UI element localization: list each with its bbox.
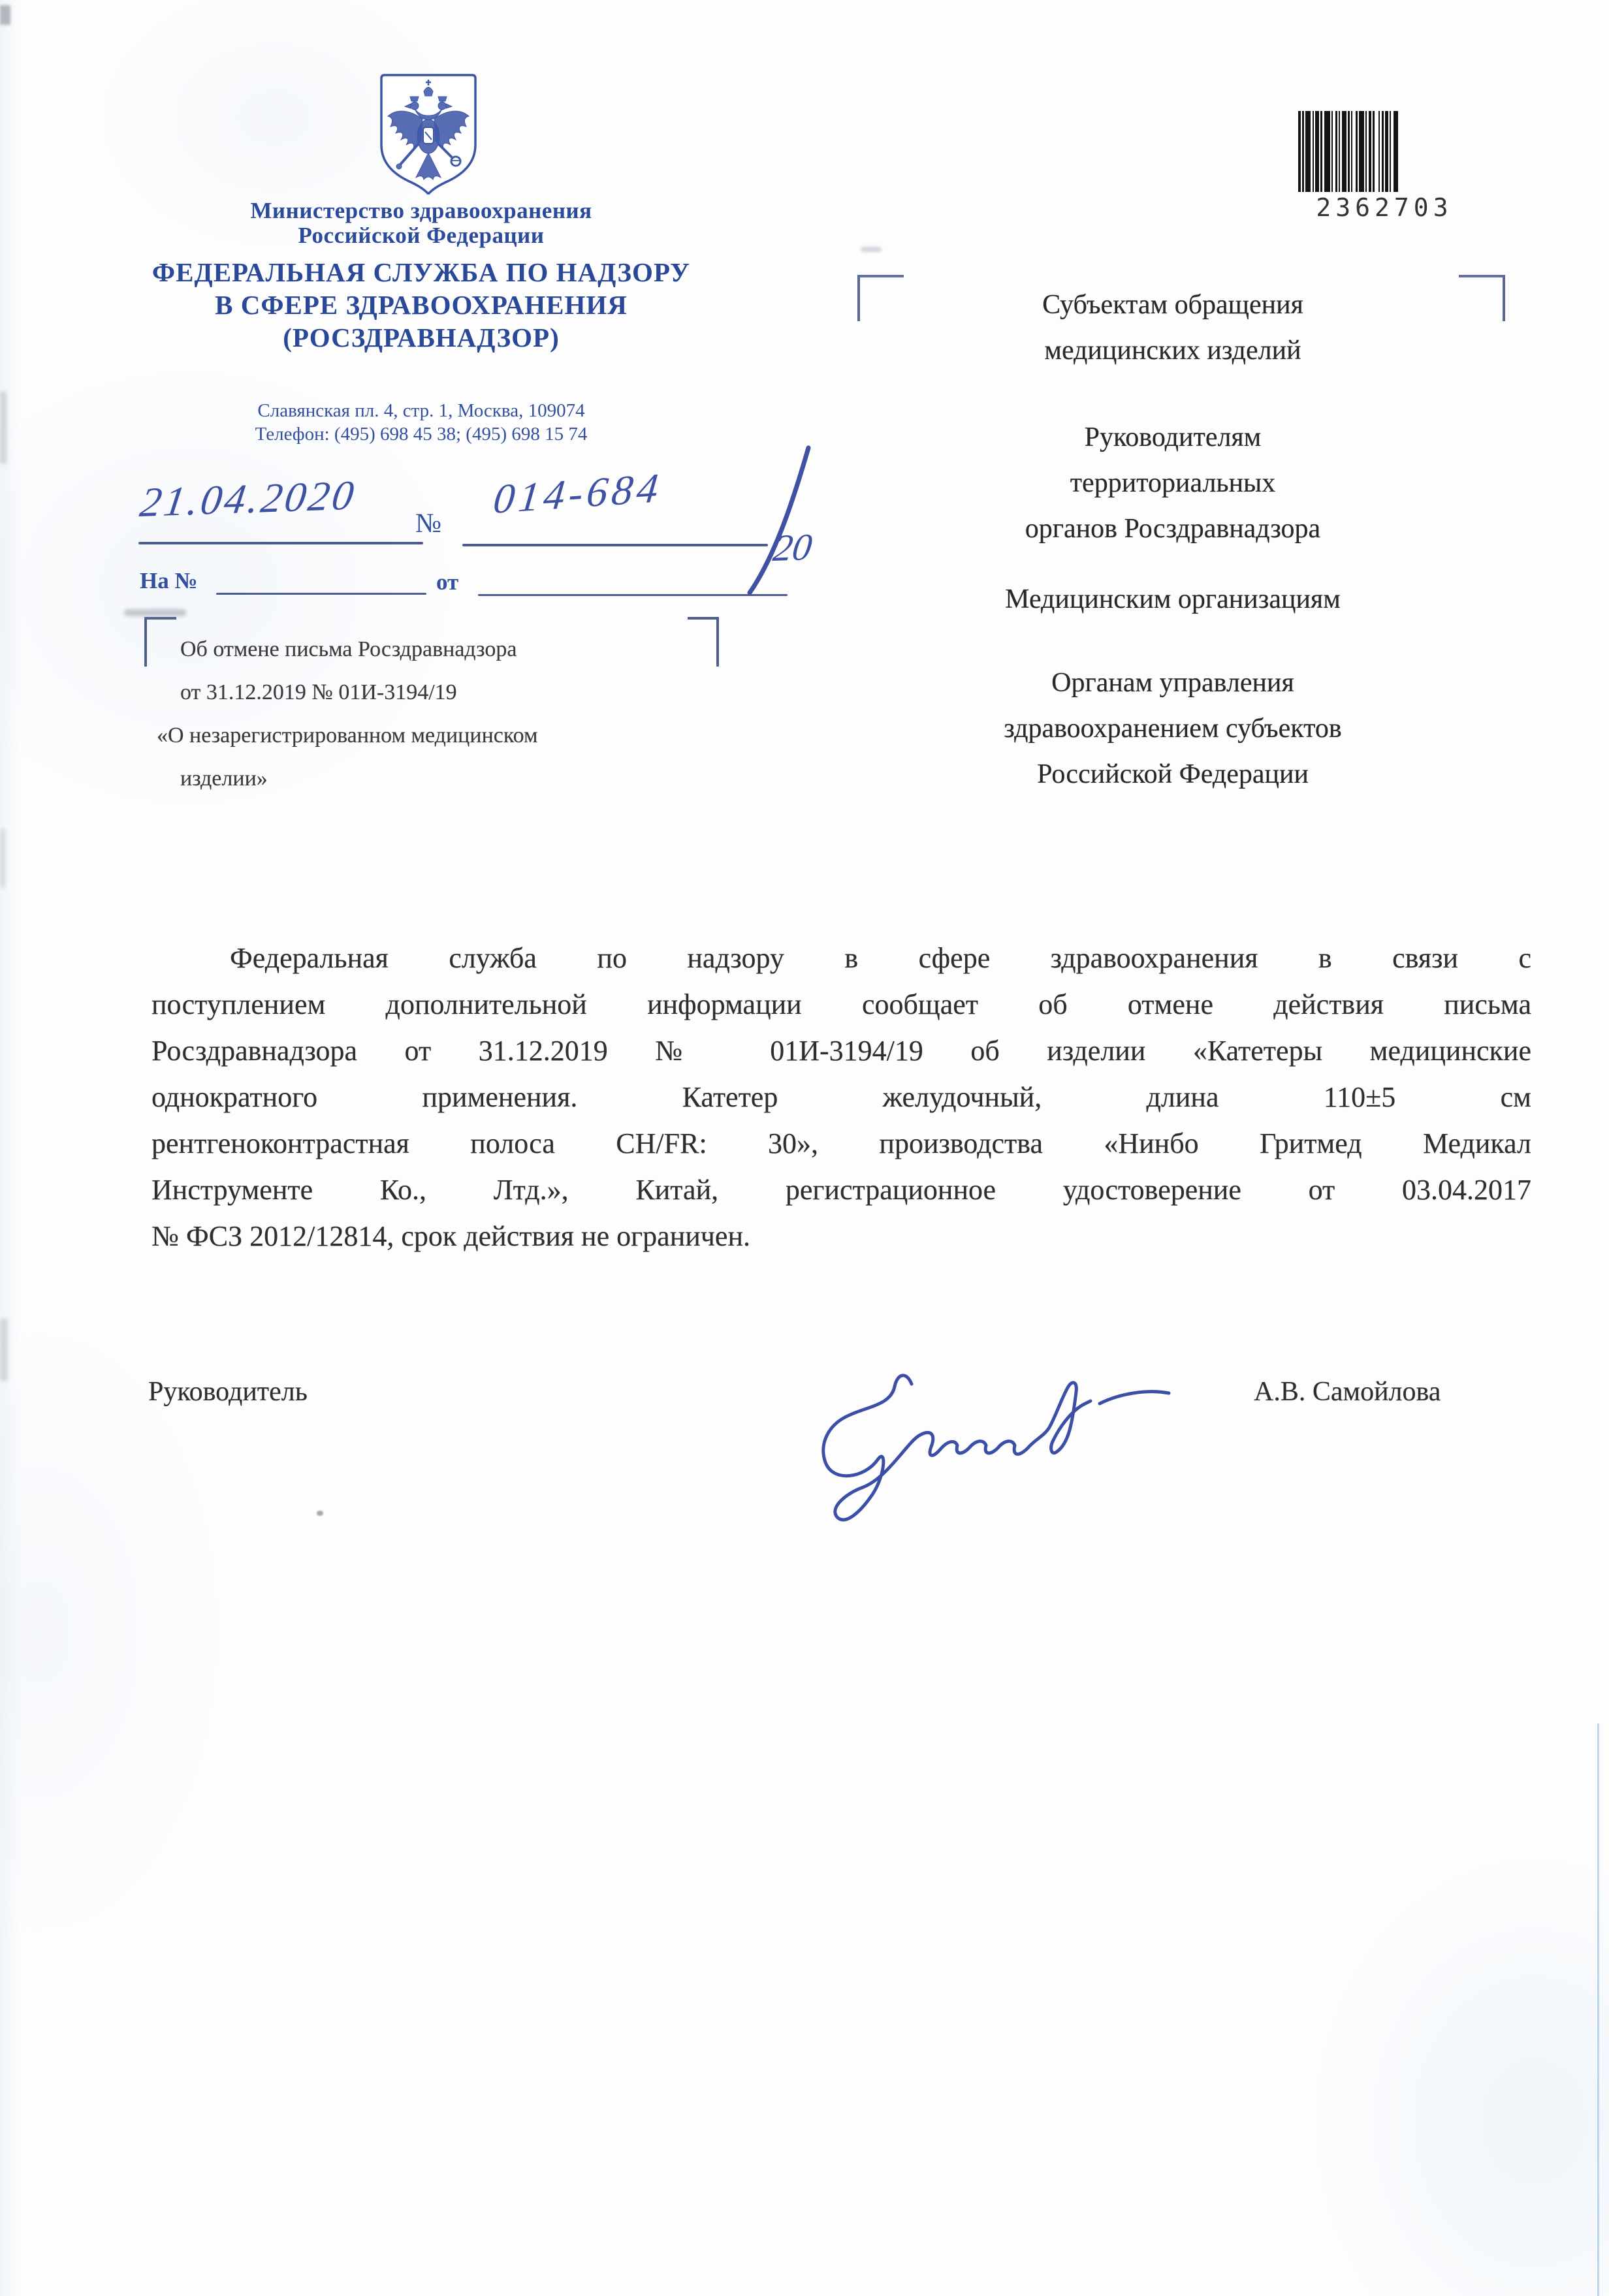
- reply-number-underline: [216, 593, 426, 595]
- addressee-line: Российской Федерации: [814, 751, 1532, 797]
- subject-line: «О незарегистрированном медицинском: [157, 714, 718, 757]
- number-sign: №: [415, 508, 441, 539]
- ministry-line2: Российской Федерации: [95, 223, 748, 248]
- addressee-line: Медицинским организациям: [814, 576, 1532, 622]
- subject-line: изделии»: [157, 757, 718, 800]
- addressee-group-medical-organizations: Медицинским организациям: [814, 576, 1532, 622]
- reply-to-number-label: На №: [140, 568, 198, 594]
- service-line2: В СФЕРЕ ЗДРАВООХРАНЕНИЯ: [95, 289, 748, 321]
- scan-artifact: [0, 1319, 8, 1381]
- addressee-group-market-subjects: Субъектам обращения медицинских изделий: [814, 282, 1532, 373]
- addressee-line: Руководителям: [814, 415, 1532, 460]
- letterhead-phone: Телефон: (495) 698 45 38; (495) 698 15 7…: [95, 422, 748, 446]
- signer-name: А.В. Самойлова: [1254, 1376, 1441, 1407]
- body-line: Инструменте Ко., Лтд.», Китай, регистрац…: [151, 1167, 1531, 1213]
- letterhead-contacts: Славянская пл. 4, стр. 1, Москва, 109074…: [95, 399, 748, 446]
- body-line: № ФСЗ 2012/12814, срок действия не огран…: [151, 1213, 1531, 1259]
- scan-artifact: [124, 609, 186, 616]
- number-underline: [462, 544, 768, 546]
- reply-date-underline: [478, 594, 788, 596]
- scan-artifact: [0, 392, 7, 464]
- body-paragraph: Федеральная служба по надзору в сфере зд…: [151, 935, 1531, 1259]
- handwritten-date: 21.04.2020: [137, 471, 359, 527]
- addressee-line: медицинских изделий: [814, 328, 1532, 373]
- scan-artifact: [861, 247, 882, 252]
- letterhead-address: Славянская пл. 4, стр. 1, Москва, 109074: [95, 399, 748, 422]
- addressee-line: Субъектам обращения: [814, 282, 1532, 328]
- body-line: Федеральная служба по надзору в сфере зд…: [151, 935, 1531, 981]
- body-line: поступлением дополнительной информации с…: [151, 981, 1531, 1028]
- addressee-line: органов Росздравнадзора: [814, 506, 1532, 552]
- letter-page: Министерство здравоохранения Российской …: [0, 0, 1609, 2296]
- handwritten-number: 014-684: [491, 464, 665, 524]
- signer-title: Руководитель: [148, 1376, 308, 1407]
- addressee-line: здравоохранением субъектов: [814, 706, 1532, 751]
- scan-artifact: [1597, 1723, 1599, 2296]
- handwritten-number-suffix: 20: [771, 525, 815, 570]
- addressee-group-territorial-heads: Руководителям территориальных органов Ро…: [814, 415, 1532, 552]
- scan-artifact: [0, 829, 5, 888]
- reply-from-label: от: [436, 569, 458, 595]
- signature-scrawl: [808, 1366, 1174, 1542]
- addressee-line: территориальных: [814, 460, 1532, 506]
- barcode: [1298, 111, 1471, 192]
- subject-line: от 31.12.2019 № 01И-3194/19: [157, 671, 718, 714]
- body-line: однократного применения. Катетер желудоч…: [151, 1074, 1531, 1120]
- scan-artifact: [317, 1511, 323, 1516]
- ministry-line1: Министерство здравоохранения: [95, 198, 748, 223]
- date-underline: [138, 542, 423, 544]
- service-name: ФЕДЕРАЛЬНАЯ СЛУЖБА ПО НАДЗОРУ В СФЕРЕ ЗД…: [95, 256, 748, 354]
- number-slash: [731, 436, 823, 599]
- addressee-line: Органам управления: [814, 660, 1532, 706]
- body-line: рентгеноконтрастная полоса CH/FR: 30», п…: [151, 1120, 1531, 1167]
- subject-block: Об отмене письма Росздравнадзора от 31.1…: [157, 628, 718, 800]
- service-line3: (РОСЗДРАВНАДЗОР): [95, 321, 748, 354]
- body-line: Росздравнадзора от 31.12.2019 № 01И-3194…: [151, 1028, 1531, 1074]
- addressee-group-health-authorities: Органам управления здравоохранением субъ…: [814, 660, 1532, 797]
- scan-artifact: [0, 5, 10, 25]
- service-line1: ФЕДЕРАЛЬНАЯ СЛУЖБА ПО НАДЗОРУ: [95, 256, 748, 289]
- barcode-number: 2362703: [1298, 193, 1471, 222]
- subject-line: Об отмене письма Росздравнадзора: [157, 628, 718, 671]
- ministry-name: Министерство здравоохранения Российской …: [95, 198, 748, 248]
- russia-coat-of-arms-icon: [377, 72, 480, 195]
